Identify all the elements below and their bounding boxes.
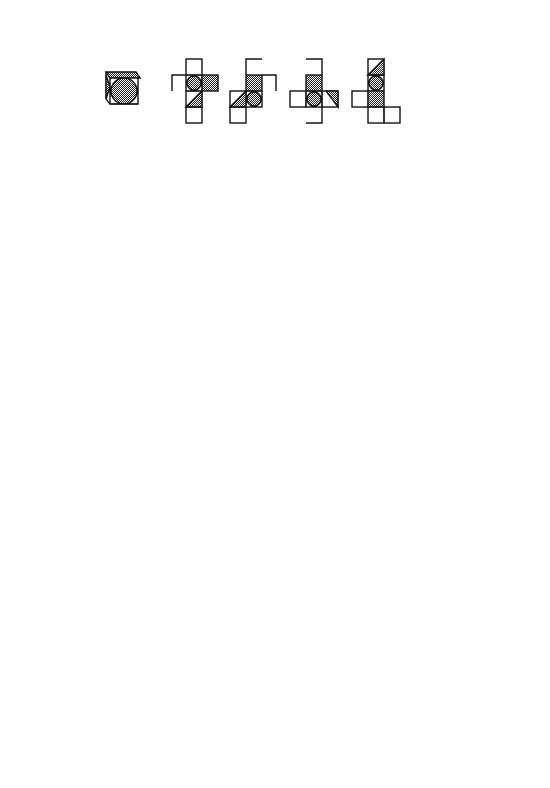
watermark bbox=[440, 623, 464, 663]
watermark bbox=[20, 438, 44, 478]
watermark bbox=[250, 168, 274, 208]
watermark bbox=[380, 718, 404, 758]
cube-diagram-icon bbox=[100, 55, 440, 150]
watermark bbox=[60, 233, 84, 273]
watermark bbox=[20, 598, 44, 638]
watermark bbox=[400, 458, 424, 498]
watermark bbox=[370, 248, 394, 288]
watermark bbox=[200, 353, 224, 393]
cube-figures bbox=[100, 55, 440, 150]
watermark bbox=[200, 573, 224, 613]
watermark bbox=[230, 718, 254, 758]
document-page bbox=[0, 0, 550, 788]
